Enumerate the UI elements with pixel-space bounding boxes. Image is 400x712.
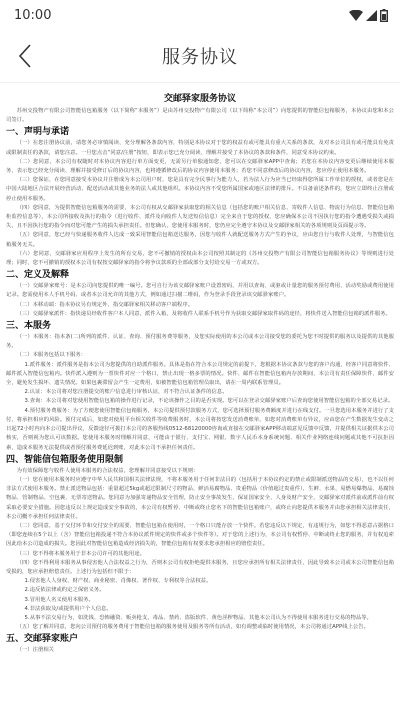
section-heading: 四、智能信包箱服务使用限制 [6,454,394,466]
section-heading: 二、定义及解释 [6,269,394,281]
section-heading: 五、交邮驿家账户 [6,633,394,645]
section-paragraph: （一）交邮驿家账号：是本公司向您提供的唯一编号。您可自行为该交邮驿家账户设置密码… [6,282,394,300]
section-paragraph: 1.侵害他人人身权、财产权、商业秘密、肖像权、著作权、专利权等合法权益。 [6,577,394,586]
section-paragraph: （二）本服务包括以下服务： [6,351,394,360]
section-paragraph: （一）注册相关 [6,646,394,655]
wifi-icon [349,10,363,21]
section-paragraph: 3.冒用他人名义使用本服务。 [6,596,394,605]
section-paragraph: （五）您同意，您已经与快递服务收件人达成一致采用智能信包箱送达服务，因您与收件人… [6,231,394,249]
section-paragraph: 4.非法获取及/或提供用户个人信息。 [6,605,394,614]
status-icons [349,9,388,22]
section-paragraph: （四）您不得利用本服务从事侵害他人合法权益之行为，否则本公司有权拒绝提供本服务，… [6,559,394,577]
status-bar: 10:00 [0,0,400,30]
sections-container: 一、声明与承诺（一）在您注册协议前，请您务必审慎阅读、充分理解各条款内容，特别是… [6,126,394,655]
document-title: 交邮驿家服务协议 [6,91,394,104]
section-paragraph: （五）您了解并同意，您向公司预付的服务费用于智能信包箱的服务使用及服务等所有活动… [6,623,394,632]
chevron-left-icon [18,44,32,68]
status-time: 10:00 [14,8,51,23]
header: 服务协议 [0,30,400,83]
section-paragraph: （一）您在使用本服务时应遵守中华人民共和国相关法律法规，不将本服务用于任何非法目… [6,476,394,522]
section-paragraph: （二）本移动端：指本协议另有规定外，指交邮驿家相关移动客户端程序。 [6,301,394,310]
battery-icon [380,9,388,22]
back-button[interactable] [10,40,40,72]
section-paragraph: （三）交邮驿家派件：指快递员经收件客户本人同意，派件入箱，及将收件人联系手机号作… [6,310,394,319]
section-paragraph: （三）您保证，在您同意接受本协议并注册成为本公司用户时，您是具有完全民事行为能力… [6,176,394,204]
section-paragraph: 1.派件服务：派件服务是指本公司为您提供的自助派件服务。具体是指在符合本公司规定… [6,361,394,389]
intro-paragraph: 苏州交投物产有限公司智能信包箱服务（以下简称“本服务”）是由苏州交投物产有限公司… [6,107,394,125]
agreement-content[interactable]: 交邮驿家服务协议 苏州交投物产有限公司智能信包箱服务（以下简称“本服务”）是由苏… [0,83,400,712]
signal-icon [366,10,377,21]
section-paragraph: （六）您同意，交邮驿家应用程序上发生的所有交易，您不可撤销的授权由本公司按照其制… [6,250,394,268]
section-heading: 一、声明与承诺 [6,126,394,138]
section-paragraph: 4.预付服务费服务：为了方便您使用智能信包箱服务，本公司提供预付款服务方式，您可… [6,407,394,453]
section-paragraph: 2.认证：本公司将对您注册提交的账户信息进行审核认证，对不符合认证条件的信息。 [6,388,394,397]
section-paragraph: （三）您不得将本服务用于非本公司许可的其他用途。 [6,550,394,559]
section-paragraph: （二）您同意，基于交付环节和交付安全的需要，智能信包箱在使用时，一个格口只能存放… [6,522,394,550]
section-heading: 三、本服务 [6,320,394,332]
section-paragraph: 5.从事不法交易行为，如洗钱、恐怖融资、贩卖枪支、毒品、禁药、盗版软件、黄色淫秽… [6,614,394,623]
section-paragraph: 为有效保障您与收件人使用本服务的合法权益，您理解并同意接受以下规则： [6,467,394,476]
section-paragraph: （四）您同意，为提供智能信包箱服务的需要，本公司有权从交邮驿家获取您的相关信息（… [6,204,394,232]
section-paragraph: （二）您同意，本公司有权随时对本协议内容进行单方面变更，无需另行单独通知您，您可… [6,158,394,176]
page-title: 服务协议 [162,43,238,69]
section-paragraph: 3.查询：本公司将对您使用智能信包箱的操作进行记录，不论该操作之目的是否实现。您… [6,397,394,406]
section-paragraph: （一）在您注册协议前，请您务必审慎阅读、充分理解各条款内容，特别是本协议对于您的… [6,139,394,157]
section-paragraph: 2.违反依法律或约定之保密义务。 [6,586,394,595]
section-paragraph: （一）本服务：指本条(二)所列的派件、认证、查询、预付服务费等服务，及您实际使用… [6,333,394,351]
